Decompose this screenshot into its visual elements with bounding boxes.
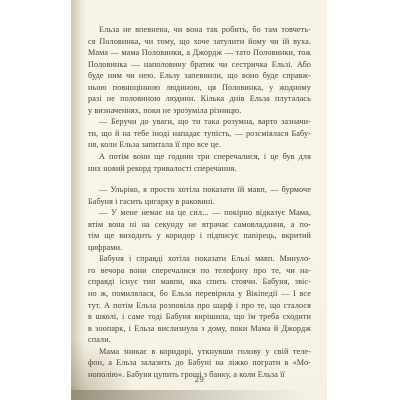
book-page: Ельза не впевнена, чи вона так робить, б… <box>71 0 327 400</box>
text-line: в школі, і саме тоді Бабуня вирішила, що… <box>88 311 311 323</box>
text-line: Бабуня і гасить цигарку в раковині. <box>88 196 311 208</box>
text-block: Ельза не впевнена, чи вона так робить, б… <box>88 24 311 380</box>
book-photo: Ельза не впевнена, чи вона так робить, б… <box>0 0 400 400</box>
text-line: справді існує тип мавпи, яка спить стояч… <box>88 276 311 288</box>
text-line: ся Половинка, чи тому, що хоче затулити … <box>88 36 311 48</box>
text-line: го вечора вони сперечалися по телефону п… <box>88 265 311 277</box>
text-line: — У мене немає на це сил... — покірно ві… <box>88 207 311 219</box>
text-line: ти, що й на тебе іноді нападає тупість, … <box>88 128 311 140</box>
text-line: ня, коли Ельза запитала її про все це. <box>88 139 311 151</box>
text-line: в зоопарк, і Ельза вислизнула з дому, по… <box>88 323 311 335</box>
text-line: спали. <box>88 334 311 346</box>
section-break <box>88 174 311 184</box>
text-line: них новий рекорд тривалості сперечання. <box>88 163 311 175</box>
text-line: А потім вони ще години три сперечалися, … <box>88 151 311 163</box>
text-line: Бабуня і справді хотіла показати Ельзі м… <box>88 253 311 265</box>
text-line: — Ульріко, я просто хотіла показати їй м… <box>88 184 311 196</box>
text-line: Мама зникає в коридорі, уткнувши голову … <box>88 346 311 358</box>
text-line: — Беручи до уваги, що ти така розумна, в… <box>88 116 311 128</box>
page-number: 29 <box>88 374 311 384</box>
text-line: Половинка — наполовину братик чи сестрич… <box>88 59 311 71</box>
text-line: Мама — мама Половинки, а Джордж — тато П… <box>88 47 311 59</box>
text-line: буде ним чи нею. Ельзу запевнили, що вон… <box>88 70 311 82</box>
text-line: тут. А потім Ельза розповіла про шарф і … <box>88 300 311 312</box>
text-line: цифрами. <box>88 242 311 254</box>
text-line: тім ще виходить у коридор і підписує пап… <box>88 230 311 242</box>
text-line: втім вона ні на секунду не втрачає самов… <box>88 219 311 231</box>
text-line: разі не половиною людини. Кілька днів Ел… <box>88 93 311 105</box>
text-line: но ж, помилялася, бо Ельза перевірила у … <box>88 288 311 300</box>
text-line: фон, а Ельза залазить до Бабуні на ліжко… <box>88 357 311 369</box>
text-line: ньою повноцінною людиною, ця Половинка, … <box>88 82 311 94</box>
text-line: у визначеннях, поки не зрозуміла різницю… <box>88 105 311 117</box>
text-line: Ельза не впевнена, чи вона так робить, б… <box>88 24 311 36</box>
page-bottom-shadow <box>71 390 311 400</box>
